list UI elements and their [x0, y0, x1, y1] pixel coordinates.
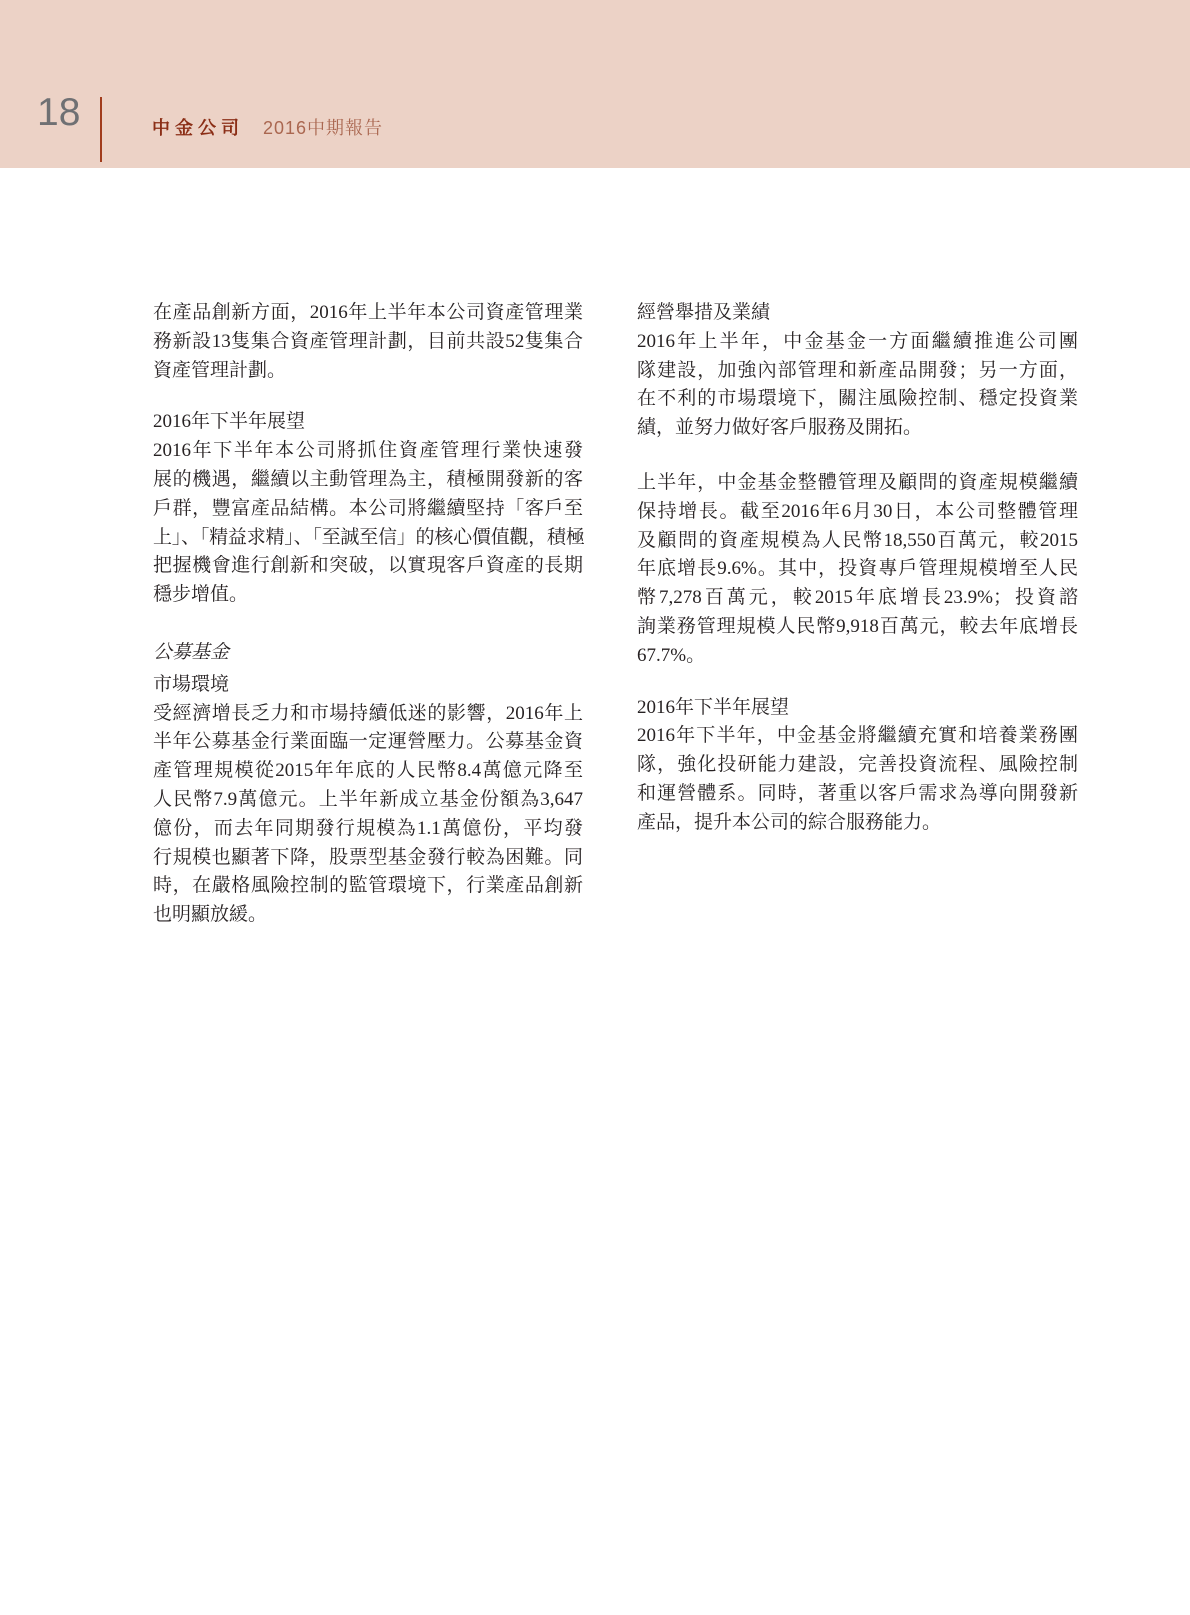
text-line: 上」、「精益求精」、「至誠至信」的核心價值觀，積極: [153, 524, 583, 553]
text-line: 隊建設，加強內部管理和新產品開發；另一方面，: [637, 357, 1078, 386]
text-line: 產管理規模從2015年年底的人民幣8.4萬億元降至: [153, 757, 583, 786]
text-line: 67.7%。: [637, 642, 1078, 671]
text-line: 務新設13隻集合資產管理計劃，目前共設52隻集合: [153, 328, 583, 357]
text-line: 行規模也顯著下降，股票型基金發行較為困難。同: [153, 844, 583, 873]
text-line: 展的機遇，繼續以主動管理為主，積極開發新的客: [153, 466, 583, 495]
paragraph-asset-scale: 上半年，中金基金整體管理及顧問的資產規模繼續 保持增長。截至2016年6月30日…: [637, 469, 1078, 671]
paragraph-outlook-right: 2016年下半年，中金基金將繼續充實和培養業務團 隊，強化投研能力建設，完善投資…: [637, 722, 1078, 837]
text-line: 2016年下半年，中金基金將繼續充實和培養業務團: [637, 722, 1078, 751]
text-line: 詢業務管理規模人民幣9,918百萬元，較去年底增長: [637, 613, 1078, 642]
text-line: 在不利的市場環境下，關注風險控制、穩定投資業: [637, 385, 1078, 414]
text-line: 及顧問的資產規模為人民幣18,550百萬元，較2015: [637, 527, 1078, 556]
text-line: 億份，而去年同期發行規模為1.1萬億份，平均發: [153, 815, 583, 844]
text-line: 資產管理計劃。: [153, 357, 583, 386]
header-divider-line: [100, 97, 102, 162]
text-line: 穩步增值。: [153, 581, 583, 610]
text-line: 受經濟增長乏力和市場持續低迷的影響，2016年上: [153, 700, 583, 729]
text-line: 和運營體系。同時，著重以客戶需求為導向開發新: [637, 780, 1078, 809]
text-line: 在產品創新方面，2016年上半年本公司資產管理業: [153, 299, 583, 328]
header-titles: 中金公司 2016中期報告: [152, 118, 383, 138]
text-line: 隊，強化投研能力建設，完善投資流程、風險控制: [637, 751, 1078, 780]
text-line: 戶群，豐富產品結構。本公司將繼續堅持「客戶至: [153, 495, 583, 524]
text-line: 人民幣7.9萬億元。上半年新成立基金份額為3,647: [153, 786, 583, 815]
paragraph-product-innovation: 在產品創新方面，2016年上半年本公司資產管理業 務新設13隻集合資產管理計劃，…: [153, 299, 583, 385]
subsection-heading-operations: 經營舉措及業績: [637, 299, 1078, 328]
paragraph-operations: 2016年上半年，中金基金一方面繼續推進公司團 隊建設，加強內部管理和新產品開發…: [637, 328, 1078, 443]
right-column: 經營舉措及業績 2016年上半年，中金基金一方面繼續推進公司團 隊建設，加強內部…: [637, 299, 1078, 838]
report-title: 2016中期報告: [263, 118, 383, 138]
text-line: 時，在嚴格風險控制的監管環境下，行業產品創新: [153, 872, 583, 901]
page-number: 18: [37, 92, 80, 134]
text-line: 績，並努力做好客戶服務及開拓。: [637, 414, 1078, 443]
company-name: 中金公司: [152, 118, 244, 138]
text-line: 把握機會進行創新和突破，以實現客戶資產的長期: [153, 552, 583, 581]
section-heading-outlook-right: 2016年下半年展望: [637, 694, 1078, 723]
text-line: 上半年，中金基金整體管理及顧問的資產規模繼續: [637, 469, 1078, 498]
text-line: 產品，提升本公司的綜合服務能力。: [637, 809, 1078, 838]
text-line: 半年公募基金行業面臨一定運營壓力。公募基金資: [153, 728, 583, 757]
section-heading-mutual-fund: 公募基金: [153, 639, 583, 668]
paragraph-market-environment: 受經濟增長乏力和市場持續低迷的影響，2016年上 半年公募基金行業面臨一定運營壓…: [153, 700, 583, 930]
text-line: 2016年上半年，中金基金一方面繼續推進公司團: [637, 328, 1078, 357]
text-line: 也明顯放緩。: [153, 901, 583, 930]
page-header-band: 18 中金公司 2016中期報告: [0, 0, 1190, 168]
text-line: 幣7,278百萬元，較2015年底增長23.9%；投資諮: [637, 584, 1078, 613]
text-line: 年底增長9.6%。其中，投資專戶管理規模增至人民: [637, 555, 1078, 584]
text-line: 2016年下半年本公司將抓住資產管理行業快速發: [153, 437, 583, 466]
subsection-heading-market-environment: 市場環境: [153, 671, 583, 700]
paragraph-outlook: 2016年下半年本公司將抓住資產管理行業快速發 展的機遇，繼續以主動管理為主，積…: [153, 437, 583, 610]
left-column: 在產品創新方面，2016年上半年本公司資產管理業 務新設13隻集合資產管理計劃，…: [153, 299, 583, 930]
text-line: 保持增長。截至2016年6月30日，本公司整體管理: [637, 498, 1078, 527]
section-heading-outlook: 2016年下半年展望: [153, 408, 583, 437]
